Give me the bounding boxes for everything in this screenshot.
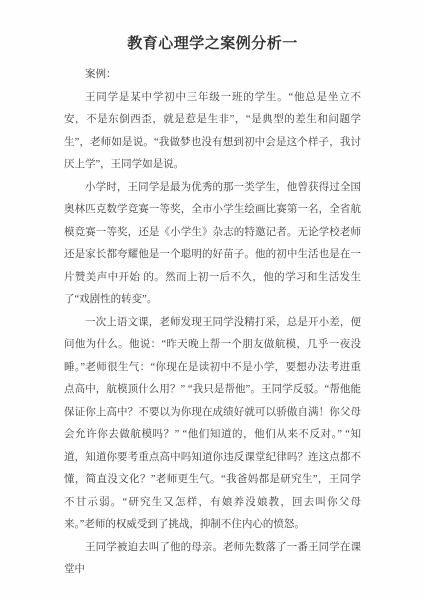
document-body: 王同学是某中学初中三年级一班的学生。“他总是坐立不安，不是东倒西歪，就是惹是生非… bbox=[64, 87, 361, 582]
paragraph-2: 小学时，王同学是最为优秀的那一类学生，他曾获得过全国奥林匹克数学竞赛一等奖，全市… bbox=[64, 177, 361, 312]
paragraph-4: 王同学被迫去叫了他的母亲。老师先数落了一番王同学在课堂中 bbox=[64, 537, 361, 582]
page-title: 教育心理学之案例分析一 bbox=[64, 33, 361, 64]
paragraph-1: 王同学是某中学初中三年级一班的学生。“他总是坐立不安，不是东倒西歪，就是惹是生非… bbox=[64, 87, 361, 177]
section-label: 案例： bbox=[64, 64, 361, 87]
document-page: 教育心理学之案例分析一 案例： 王同学是某中学初中三年级一班的学生。“他总是坐立… bbox=[0, 0, 424, 600]
paragraph-3: 一次上语文课，老师发现王同学没精打采，总是开小差，便问他为什么。他说：“昨天晚上… bbox=[64, 312, 361, 537]
